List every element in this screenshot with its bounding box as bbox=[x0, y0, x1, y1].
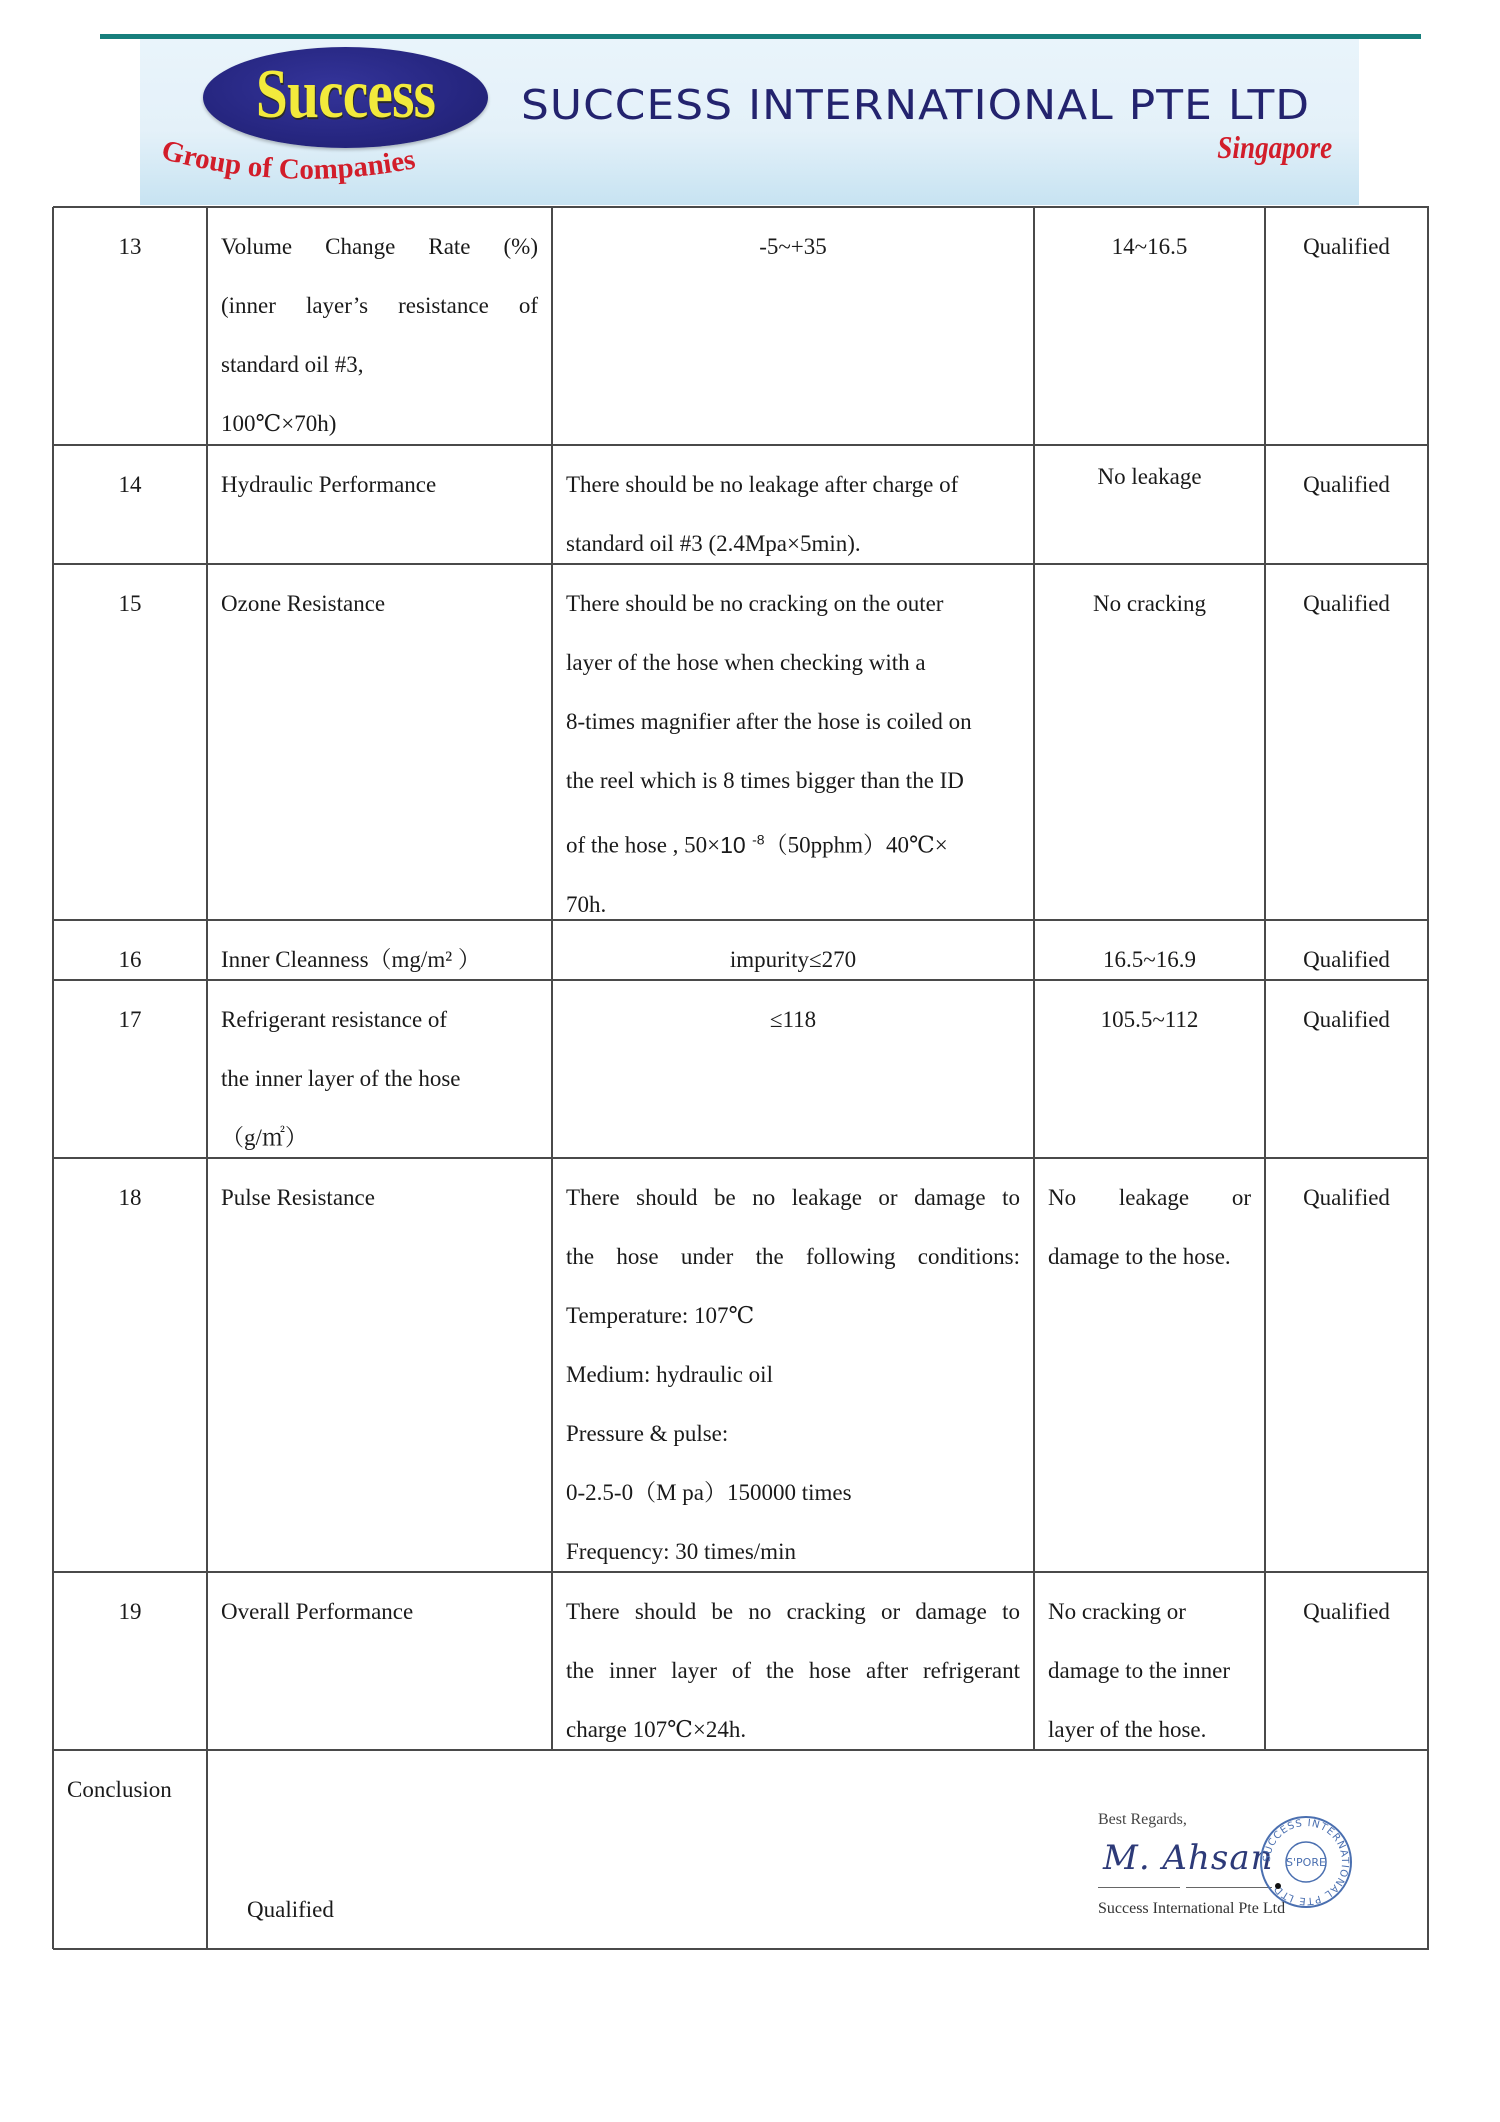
signature-greeting: Best Regards, bbox=[1098, 1811, 1187, 1829]
verdict-line: Qualified bbox=[1279, 217, 1414, 276]
requirement-line: ≤118 bbox=[566, 990, 1020, 1049]
verdict-line: Qualified bbox=[1279, 574, 1414, 633]
test-result: 105.5~112 bbox=[1048, 990, 1251, 1049]
test-result: No leakage bbox=[1048, 447, 1251, 506]
signature-handwriting: M. Ahsan bbox=[1103, 1838, 1274, 1878]
requirement-line: 70h. bbox=[566, 875, 1020, 934]
svg-text:S'PORE: S'PORE bbox=[1286, 1856, 1326, 1869]
verdict-line: Qualified bbox=[1279, 990, 1414, 1049]
company-stamp: SUCCESS INTERNATIONAL PTE LTD S'PORE bbox=[1258, 1814, 1354, 1910]
row-border bbox=[53, 1157, 1429, 1159]
column-border bbox=[1427, 207, 1429, 1949]
test-result: 14~16.5 bbox=[1048, 217, 1251, 276]
test-item-line: standard oil #3, bbox=[221, 335, 538, 394]
conclusion-label-line: Conclusion bbox=[67, 1760, 193, 1819]
requirement: ≤118 bbox=[566, 990, 1020, 1049]
column-border bbox=[1033, 207, 1035, 1750]
row-number: 14 bbox=[67, 455, 193, 514]
test-item: Pulse Resistance bbox=[221, 1168, 538, 1227]
row-border bbox=[53, 563, 1429, 565]
test-item-line: Overall Performance bbox=[221, 1582, 538, 1641]
test-item-line: the inner layer of the hose bbox=[221, 1049, 538, 1108]
verdict: Qualified bbox=[1279, 217, 1414, 276]
test-result-line: 14~16.5 bbox=[1048, 217, 1251, 276]
test-item-line: Volume Change Rate (%) bbox=[221, 217, 538, 276]
requirement-line: Pressure & pulse: bbox=[566, 1404, 1020, 1463]
verdict-line: Qualified bbox=[1279, 1582, 1414, 1641]
company-letterhead: Success Group of Companies SUCCESS INTER… bbox=[140, 39, 1359, 205]
verdict: Qualified bbox=[1279, 455, 1414, 514]
requirement-line: -5~+35 bbox=[566, 217, 1020, 276]
requirement: There should be no cracking or damage to… bbox=[566, 1582, 1020, 1759]
row-number: 15 bbox=[67, 574, 193, 633]
logo-word: Success bbox=[229, 55, 463, 135]
svg-text:Group of Companies: Group of Companies bbox=[158, 136, 417, 186]
test-item-line: Pulse Resistance bbox=[221, 1168, 538, 1227]
requirement-line: of the hose , 50×10 -8（50pphm）40℃× bbox=[566, 810, 1020, 875]
row-number: 13 bbox=[67, 217, 193, 276]
requirement-line: There should be no cracking on the outer bbox=[566, 574, 1020, 633]
row-number: 17 bbox=[67, 990, 193, 1049]
test-result-line: damage to the hose. bbox=[1048, 1227, 1251, 1286]
test-result-line: No cracking or bbox=[1048, 1582, 1251, 1641]
test-item: Refrigerant resistance ofthe inner layer… bbox=[221, 990, 538, 1167]
row-border bbox=[53, 1571, 1429, 1573]
column-border bbox=[551, 207, 553, 1750]
test-item: Overall Performance bbox=[221, 1582, 538, 1641]
row-border bbox=[53, 444, 1429, 446]
requirement-line: There should be no leakage after charge … bbox=[566, 455, 1020, 514]
test-item: Hydraulic Performance bbox=[221, 455, 538, 514]
requirement: -5~+35 bbox=[566, 217, 1020, 276]
row-number-line: 14 bbox=[67, 455, 193, 514]
verdict: Qualified bbox=[1279, 574, 1414, 633]
row-border bbox=[53, 919, 1429, 921]
requirement-line: There should be no leakage or damage to bbox=[566, 1168, 1020, 1227]
test-result-line: 105.5~112 bbox=[1048, 990, 1251, 1049]
row-number-line: 17 bbox=[67, 990, 193, 1049]
company-logo: Success bbox=[203, 47, 488, 148]
requirement-line: Temperature: 107℃ bbox=[566, 1286, 1020, 1345]
requirement-line: the inner layer of the hose after refrig… bbox=[566, 1641, 1020, 1700]
test-item-line: (inner layer’s resistance of bbox=[221, 276, 538, 335]
column-border bbox=[1264, 207, 1266, 1750]
conclusion-value: Qualified bbox=[247, 1880, 334, 1939]
row-border bbox=[53, 1749, 1429, 1751]
verdict: Qualified bbox=[1279, 990, 1414, 1049]
requirement-line: 8-times magnifier after the hose is coil… bbox=[566, 692, 1020, 751]
requirement-line: the reel which is 8 times bigger than th… bbox=[566, 751, 1020, 810]
requirement: There should be no leakage after charge … bbox=[566, 455, 1020, 573]
test-item: Ozone Resistance bbox=[221, 574, 538, 633]
row-border bbox=[53, 206, 1429, 208]
verdict: Qualified bbox=[1279, 1168, 1414, 1227]
requirement: There should be no cracking on the outer… bbox=[566, 574, 1020, 934]
test-result: No cracking ordamage to the innerlayer o… bbox=[1048, 1582, 1251, 1759]
requirement-line: the hose under the following conditions: bbox=[566, 1227, 1020, 1286]
row-border bbox=[53, 1948, 1429, 1950]
test-item-line: Refrigerant resistance of bbox=[221, 990, 538, 1049]
signature-line bbox=[1098, 1887, 1180, 1888]
test-result-line: No leakage or bbox=[1048, 1168, 1251, 1227]
requirement-line: Medium: hydraulic oil bbox=[566, 1345, 1020, 1404]
row-number-line: 18 bbox=[67, 1168, 193, 1227]
test-result: No cracking bbox=[1048, 574, 1251, 633]
verdict-line: Qualified bbox=[1279, 1168, 1414, 1227]
company-country: Singapore bbox=[1217, 129, 1332, 166]
row-number-line: 13 bbox=[67, 217, 193, 276]
test-item: Volume Change Rate (%)(inner layer’s res… bbox=[221, 217, 538, 453]
test-result: No leakage ordamage to the hose. bbox=[1048, 1168, 1251, 1286]
test-result-line: No cracking bbox=[1048, 574, 1251, 633]
column-border bbox=[52, 207, 54, 1949]
test-result-line: No leakage bbox=[1048, 447, 1251, 506]
row-number: 19 bbox=[67, 1582, 193, 1641]
test-item-line: Ozone Resistance bbox=[221, 574, 538, 633]
company-name: SUCCESS INTERNATIONAL PTE LTD bbox=[521, 81, 1310, 129]
requirement-line: There should be no cracking or damage to bbox=[566, 1582, 1020, 1641]
verdict-line: Qualified bbox=[1279, 455, 1414, 514]
requirement-line: layer of the hose when checking with a bbox=[566, 633, 1020, 692]
requirement: There should be no leakage or damage tot… bbox=[566, 1168, 1020, 1581]
row-number-line: 15 bbox=[67, 574, 193, 633]
logo-tagline: Group of Companies bbox=[152, 136, 512, 196]
requirement-line: 0-2.5-0（M pa）150000 times bbox=[566, 1463, 1020, 1522]
signature-company: Success International Pte Ltd bbox=[1098, 1900, 1285, 1918]
test-result-line: damage to the inner bbox=[1048, 1641, 1251, 1700]
column-border bbox=[206, 207, 208, 1949]
verdict: Qualified bbox=[1279, 1582, 1414, 1641]
test-item-line: Hydraulic Performance bbox=[221, 455, 538, 514]
row-number: 18 bbox=[67, 1168, 193, 1227]
row-border bbox=[53, 979, 1429, 981]
conclusion-label: Conclusion bbox=[67, 1760, 193, 1819]
row-number-line: 19 bbox=[67, 1582, 193, 1641]
